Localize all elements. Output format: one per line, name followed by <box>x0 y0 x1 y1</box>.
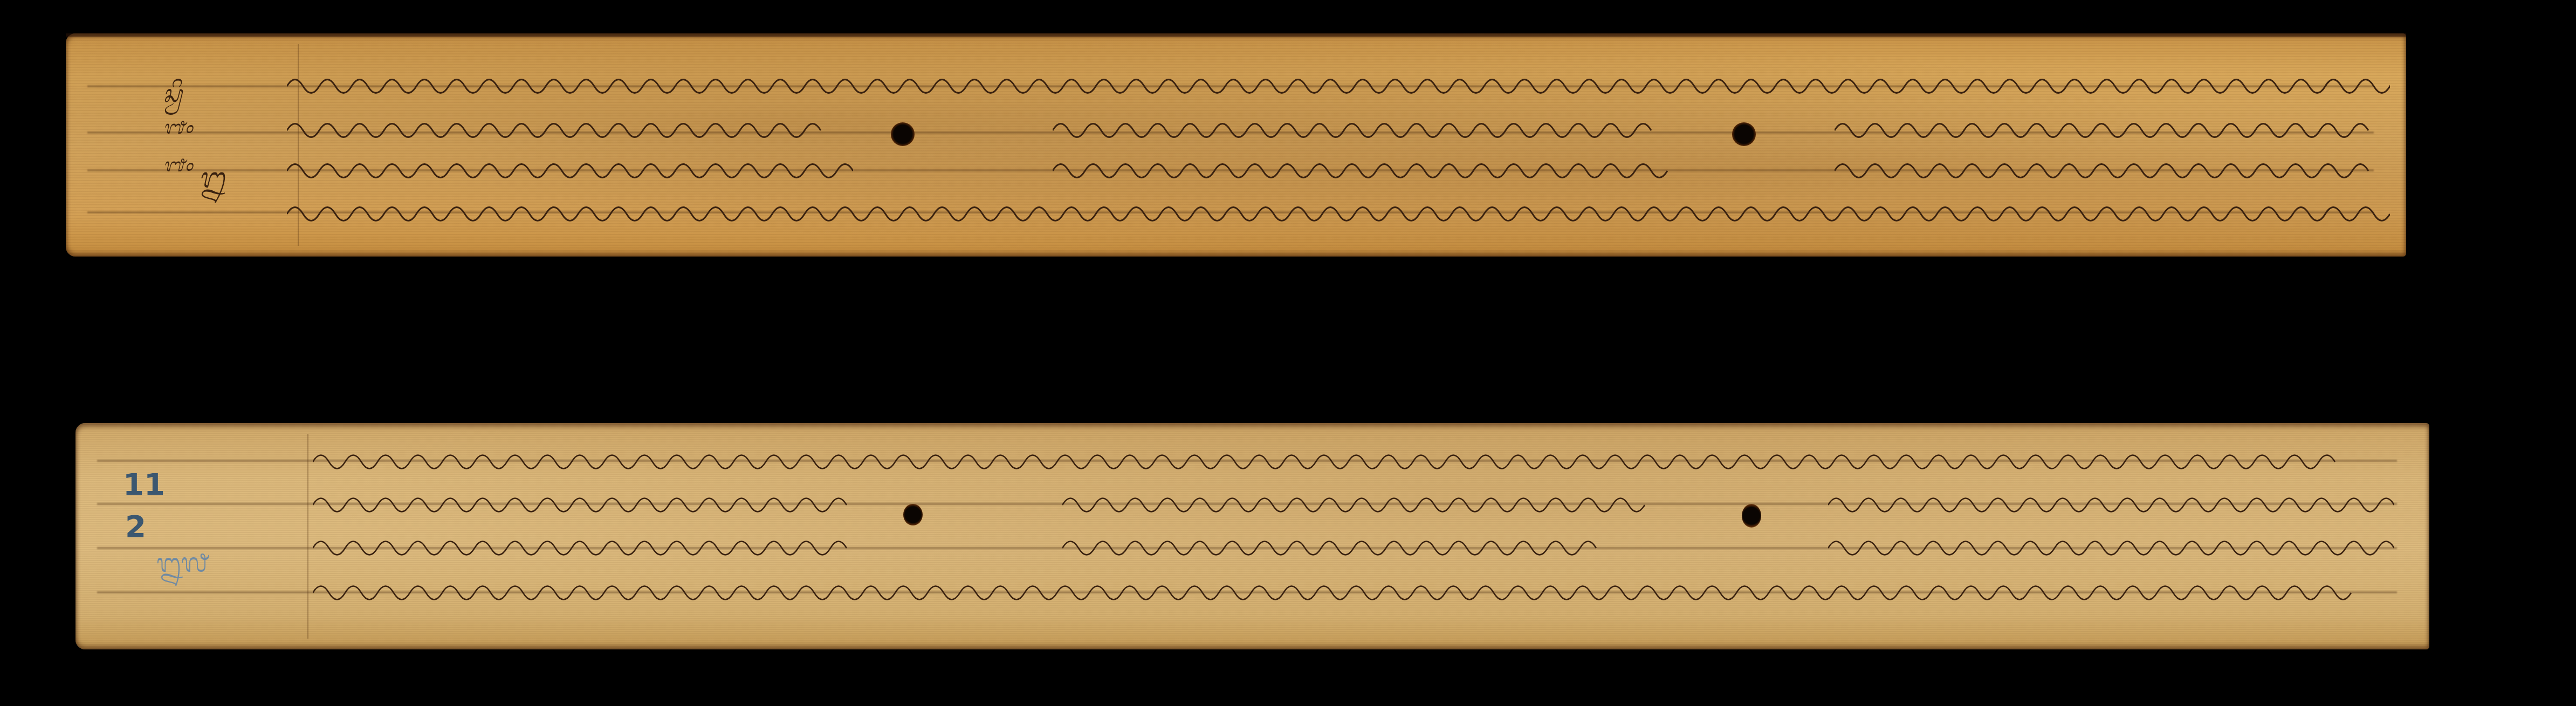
margin-mark: ᭑᭐ <box>163 152 193 185</box>
string-hole <box>903 504 923 525</box>
script-line <box>1828 483 2394 521</box>
pencil-mark: ᭒᭗ <box>156 544 209 591</box>
script-line <box>1062 483 1655 521</box>
string-hole <box>1732 122 1756 146</box>
margin-mark: ᭒ <box>198 157 224 208</box>
script-line <box>1835 109 2374 147</box>
script-line <box>1062 527 1602 564</box>
script-line <box>1828 527 2394 564</box>
script-line <box>287 192 2390 230</box>
margin-mark: ᬲ᭄ᬯᬶ <box>163 77 182 119</box>
string-hole <box>1742 504 1761 528</box>
script-line <box>313 571 2394 609</box>
script-line <box>1053 109 1667 147</box>
leaf-edge <box>66 33 2406 37</box>
script-line <box>313 440 2416 478</box>
string-hole <box>891 122 915 146</box>
script-line <box>1053 149 1678 187</box>
palm-leaf-top: ᬲ᭄ᬯᬶ ᭑᭐ ᭑᭐ ᭒ <box>66 33 2406 257</box>
script-line <box>287 109 826 147</box>
script-line <box>313 483 852 521</box>
script-line <box>1835 149 2374 187</box>
margin-mark: ᭑᭐ <box>163 114 193 147</box>
script-line <box>287 65 2390 102</box>
script-line <box>313 527 852 564</box>
pencil-page-number: 11 <box>123 467 165 502</box>
margin-rule <box>307 434 308 639</box>
palm-leaf-bottom: 11 2 ᭒᭗ <box>75 423 2429 649</box>
pencil-mark: 2 <box>125 509 146 544</box>
script-line <box>287 149 853 187</box>
